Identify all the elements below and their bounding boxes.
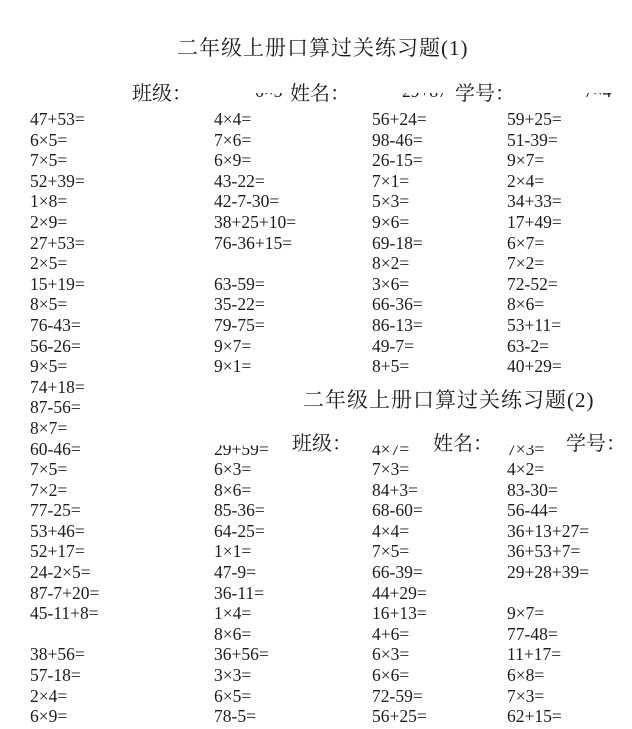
problem-cell: 8×6=	[507, 294, 632, 315]
problem-cell: 53+11=	[507, 315, 632, 336]
problem-cell: 47-9=	[214, 562, 394, 583]
problem-cell: 27+53=	[30, 233, 210, 254]
problem-cell: 29+28+39=	[507, 562, 632, 583]
problem-cell: 45-11+8=	[30, 603, 210, 624]
problem-cell: 8×6=	[214, 480, 394, 501]
problem-cell: 78-5=	[214, 706, 394, 727]
worksheet1-title: 二年级上册口算过关练习题(1)	[177, 32, 469, 62]
problem-cell: 2×9=	[30, 212, 210, 233]
problem-cell: 36+13+27=	[507, 521, 632, 542]
problem-cell: 51-39=	[507, 130, 632, 151]
worksheet2-class-label: 班级：	[292, 427, 352, 456]
problem-cell: 17+49=	[507, 212, 632, 233]
empty-cell	[214, 253, 394, 274]
problem-column-1: 47+53=6×5=7×5=52+39=1×8=2×9=27+53=2×5=15…	[30, 109, 210, 727]
problem-cell: 56-44=	[507, 500, 632, 521]
problem-cell: 6×8=	[507, 665, 632, 686]
problem-cell: 6×7=	[507, 233, 632, 254]
problem-cell: 9×7=	[507, 150, 632, 171]
problem-cell: 7×2=	[507, 253, 632, 274]
problem-cell: 8×7=	[30, 418, 210, 439]
problem-cell: 56-26=	[30, 336, 210, 357]
problem-column-4: 59+25=51-39=9×7=2×4=34+33=17+49=6×7=7×2=…	[507, 109, 632, 727]
problem-cell: 76-43=	[30, 315, 210, 336]
problem-cell: 34+33=	[507, 191, 632, 212]
problem-cell: 63-59=	[214, 274, 394, 295]
problem-cell: 63-2=	[507, 336, 632, 357]
worksheet1-class-label: 班级：	[132, 77, 192, 106]
problem-cell: 9×7=	[507, 603, 632, 624]
problem-cell: 2×5=	[30, 253, 210, 274]
problem-cell: 6×3=	[214, 459, 394, 480]
clipped-problem: 29+87=	[402, 93, 482, 102]
clipped-problem: 7×4=	[584, 93, 632, 102]
problem-cell: 35-22=	[214, 294, 394, 315]
problem-cell: 7×6=	[214, 130, 394, 151]
problem-cell: 77-48=	[507, 624, 632, 645]
problem-cell: 15+19=	[30, 274, 210, 295]
problem-cell: 38+56=	[30, 644, 210, 665]
problem-cell: 43-22=	[214, 171, 394, 192]
problem-cell: 52+39=	[30, 171, 210, 192]
problem-cell: 79-75=	[214, 315, 394, 336]
problem-cell: 76-36+15=	[214, 233, 394, 254]
worksheet2-name-label: 姓名：	[433, 427, 493, 456]
problem-cell: 11+17=	[507, 644, 632, 665]
problem-cell: 3×3=	[214, 665, 394, 686]
problem-cell: 59+25=	[507, 109, 632, 130]
problem-cell: 38+25+10=	[214, 212, 394, 233]
problem-cell: 6×5=	[214, 686, 394, 707]
problem-cell: 7×5=	[30, 150, 210, 171]
clipped-problem: 6×5=	[255, 93, 325, 102]
problem-cell: 53+46=	[30, 521, 210, 542]
problem-cell: 7×2=	[30, 480, 210, 501]
problem-cell: 42-7-30=	[214, 191, 394, 212]
problem-cell: 9×7=	[214, 336, 394, 357]
problem-cell: 2×4=	[30, 686, 210, 707]
problem-cell: 9×1=	[214, 356, 394, 377]
problem-cell: 83-30=	[507, 480, 632, 501]
worksheet2-id-label: 学号：	[566, 427, 626, 456]
problem-cell: 87-56=	[30, 397, 210, 418]
empty-cell	[507, 583, 632, 604]
problem-cell: 62+15=	[507, 706, 632, 727]
problem-cell: 52+17=	[30, 541, 210, 562]
problem-cell: 6×9=	[214, 150, 394, 171]
problem-cell: 57-18=	[30, 665, 210, 686]
problem-cell: 1×4=	[214, 603, 394, 624]
problem-cell: 4×2=	[507, 459, 632, 480]
problem-cell: 7×3=	[507, 686, 632, 707]
problem-cell: 40+29=	[507, 356, 632, 377]
problem-cell: 6×9=	[30, 706, 210, 727]
problem-cell: 36+56=	[214, 644, 394, 665]
problem-cell: 87-7+20=	[30, 583, 210, 604]
problem-cell: 2×4=	[507, 171, 632, 192]
problem-cell: 4×4=	[214, 109, 394, 130]
problem-cell: 72-52=	[507, 274, 632, 295]
problem-cell: 8×6=	[214, 624, 394, 645]
problem-cell: 47+53=	[30, 109, 210, 130]
problem-cell: 36+53+7=	[507, 541, 632, 562]
problem-cell: 85-36=	[214, 500, 394, 521]
worksheet2-title: 二年级上册口算过关练习题(2)	[303, 384, 595, 414]
problem-cell: 24-2×5=	[30, 562, 210, 583]
problem-cell: 8×5=	[30, 294, 210, 315]
worksheet-page: 二年级上册口算过关练习题(1) 班级： 姓名： 学号： 6×5= 29+87= …	[0, 0, 632, 729]
problem-cell: 6×5=	[30, 130, 210, 151]
problem-cell: 36-11=	[214, 583, 394, 604]
problem-cell: 60-46=	[30, 439, 210, 460]
problem-cell: 9×5=	[30, 356, 210, 377]
problem-cell: 7×5=	[30, 459, 210, 480]
problem-cell: 64-25=	[214, 521, 394, 542]
problem-cell: 77-25=	[30, 500, 210, 521]
problem-column-2: 4×4=7×6=6×9=43-22=42-7-30=38+25+10=76-36…	[214, 109, 394, 727]
problem-cell: 1×1=	[214, 541, 394, 562]
empty-cell	[30, 624, 210, 645]
problem-cell: 74+18=	[30, 377, 210, 398]
problem-cell: 1×8=	[30, 191, 210, 212]
